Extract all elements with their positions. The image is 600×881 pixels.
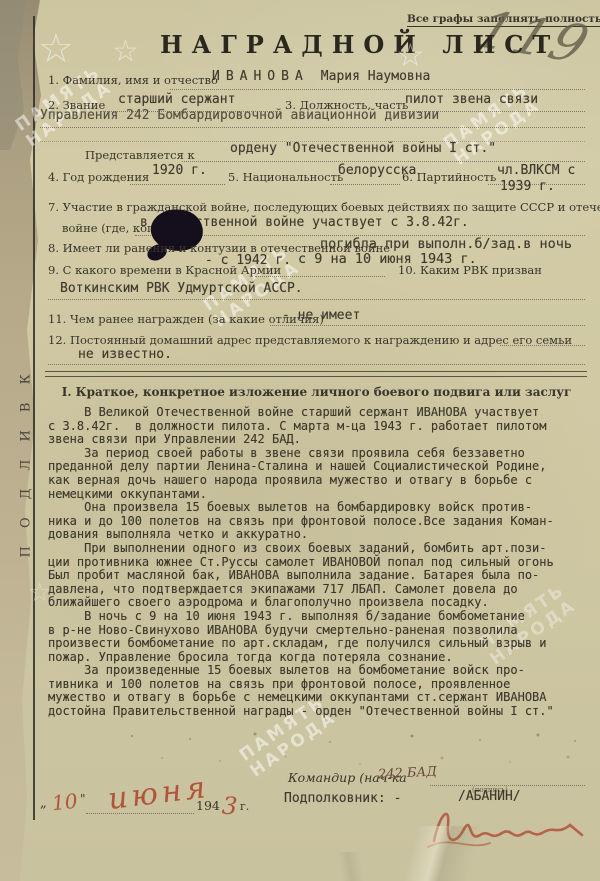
field-value-prior-awards: - не имеет bbox=[282, 308, 360, 323]
field-value-party-2: 1939 г. bbox=[500, 179, 555, 194]
dotted-line bbox=[130, 183, 225, 185]
citation-line: как верная дочь нашего народа проявила м… bbox=[48, 474, 588, 488]
dotted-line bbox=[500, 344, 585, 346]
citation-line: ника и до 100 полетов на связь при фронт… bbox=[48, 515, 588, 529]
erased-pencil-marks bbox=[120, 730, 590, 746]
section-title: I. Краткое, конкретное изложение личного… bbox=[48, 385, 585, 399]
dotted-line bbox=[48, 363, 585, 365]
citation-line: При выполнении одного из своих боевых за… bbox=[48, 542, 588, 556]
citation-line: с 3.8.42г. в должности пилота. С марта м… bbox=[48, 420, 588, 434]
date-open-quote: „ bbox=[40, 796, 47, 811]
date-year-printed: 194 bbox=[196, 798, 220, 813]
citation-line: В ночь с 9 на 10 июня 1943 г. выполняя б… bbox=[48, 610, 588, 624]
star-watermark-icon: ☆ bbox=[112, 34, 139, 69]
erased-pencil-marks bbox=[150, 752, 570, 766]
citation-line: немецкими оккупантами. bbox=[48, 488, 588, 502]
dotted-line bbox=[330, 183, 400, 185]
paper-crease bbox=[250, 852, 450, 881]
citation-line: тивника и 100 полетов на связь при фронт… bbox=[48, 678, 588, 692]
dotted-line bbox=[488, 183, 585, 185]
citation-text: В Великой Отечественной войне старший се… bbox=[48, 406, 588, 719]
dotted-line bbox=[182, 160, 585, 162]
field-value-unit: Управления 242 Бомбардировочной авиацион… bbox=[40, 108, 439, 123]
field-value-position: пилот звена связи bbox=[405, 92, 538, 107]
field-value-presented: ордену "Отечественной войны I ст." bbox=[230, 141, 496, 156]
margin-vertical-note: П О Д Л И В К bbox=[19, 298, 34, 558]
field-label-birth-year: 4. Год рождения bbox=[48, 170, 149, 184]
section-divider bbox=[45, 371, 587, 377]
document-title: НАГРАДНОЙ ЛИСТ bbox=[160, 30, 440, 59]
dotted-line bbox=[270, 324, 585, 326]
citation-line: пожар. Управление бросила тогда когда по… bbox=[48, 651, 588, 665]
field-label-nationality: 5. Национальность bbox=[228, 170, 343, 184]
field-label-presented: Представляется к bbox=[85, 148, 195, 162]
commander-unit-handwritten: 242 БАД bbox=[378, 764, 438, 782]
field-value-wounds: погибла при выполн.б/зад.в ночь bbox=[320, 236, 572, 252]
field-label-rvk: 10. Каким РВК призван bbox=[398, 263, 542, 277]
date-close-quote: " bbox=[80, 792, 86, 806]
citation-line: дования выполняла четко и аккуратно. bbox=[48, 528, 588, 542]
citation-line: звена связи при Управлении 242 БАД. bbox=[48, 433, 588, 447]
commander-rank: Подполковник: - bbox=[284, 791, 401, 806]
date-year-digit-handwritten: 3 bbox=[221, 792, 238, 821]
citation-line: За период своей работы в звене связи про… bbox=[48, 447, 588, 461]
citation-line: За произведенные 15 боевых вылетов на бо… bbox=[48, 664, 588, 678]
field-label-name: 1. Фамилия, имя и отчество bbox=[48, 73, 218, 87]
citation-line: Она произвела 15 боевых вылетов на бомба… bbox=[48, 501, 588, 515]
watermark-text: НАРОДА bbox=[451, 96, 544, 169]
field-value-rank: старший сержант bbox=[118, 92, 235, 107]
date-day-handwritten: 10 bbox=[51, 789, 79, 816]
field-label-war-participation: 7. Участие в гражданской войне, последую… bbox=[48, 200, 600, 214]
award-sheet-document: П О Д Л И В К Все графы заполнять полнос… bbox=[0, 0, 600, 881]
citation-line: В Великой Отечественной войне старший се… bbox=[48, 406, 588, 420]
dotted-line bbox=[255, 275, 385, 277]
citation-line: преданной делу партии Ленина-Сталина и н… bbox=[48, 460, 588, 474]
citation-line: в р-не Ново-Свинухово ИВАНОВА будучи сме… bbox=[48, 624, 588, 638]
dotted-line bbox=[170, 88, 585, 90]
dotted-line bbox=[86, 812, 194, 814]
field-value-rvk: Воткинским РВК Удмуртской АССР. bbox=[60, 281, 303, 296]
citation-line: ции противника южнее Ст.Руссы самолет ИВ… bbox=[48, 556, 588, 570]
field-value-surname: ИВАНОВА bbox=[212, 69, 309, 84]
date-g-label: г. bbox=[240, 800, 249, 813]
dotted-line bbox=[48, 298, 585, 300]
citation-line: ближайшего своего аэродрома и благополуч… bbox=[48, 596, 588, 610]
citation-line: Был пробит масляной бак, ИВАНОВА выполни… bbox=[48, 569, 588, 583]
dotted-line bbox=[40, 126, 585, 128]
field-value-party: чл.ВЛКСМ с bbox=[497, 163, 575, 178]
citation-line: давлена, что подтверждается экипажами 71… bbox=[48, 583, 588, 597]
citation-line: произвести бомбометание по арт.складам, … bbox=[48, 637, 588, 651]
field-label-party: 6. Партийность bbox=[402, 170, 496, 184]
field-label-home-address: 12. Постоянный домашний адрес представля… bbox=[48, 333, 572, 347]
field-value-home-address: не известно. bbox=[78, 347, 172, 362]
citation-line: мужество и отвагу в борьбе с немецкими о… bbox=[48, 691, 588, 705]
field-value-name-rest: Мария Наумовна bbox=[309, 69, 431, 84]
field-label-army-since: 9. С какого времени в Красной Армии bbox=[48, 263, 281, 277]
citation-line: достойна Правительственной награды - орд… bbox=[48, 705, 588, 719]
field-value-birth-year: 1920 г. bbox=[152, 163, 207, 178]
star-watermark-icon: ☆ bbox=[38, 26, 74, 72]
